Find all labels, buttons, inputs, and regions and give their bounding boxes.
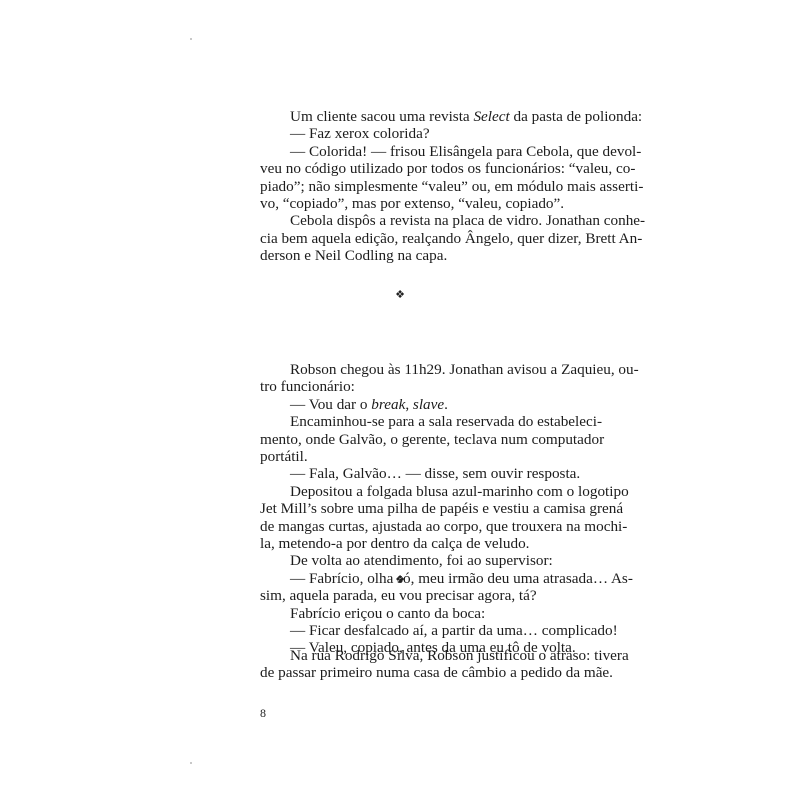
crop-mark (190, 38, 192, 40)
book-page: Um cliente sacou uma revista Select da p… (0, 0, 800, 800)
text-line: portátil. (260, 448, 600, 466)
text-line: Na rua Rodrigo Silva, Robson justificou … (290, 647, 600, 665)
text-line: tro funcionário: (260, 378, 600, 396)
text-line: de passar primeiro numa casa de câmbio a… (260, 664, 600, 682)
text-line: piado”; não simplesmente “valeu” ou, em … (260, 178, 600, 196)
text-line: mento, onde Galvão, o gerente, teclava n… (260, 431, 600, 449)
section-ornament-icon: ❖ (0, 573, 800, 586)
text-line: la, metendo-a por dentro da calça de vel… (260, 535, 600, 553)
text-line: sim, aquela parada, eu vou precisar agor… (260, 587, 600, 605)
text-line: Cebola dispôs a revista na placa de vidr… (290, 212, 600, 230)
crop-mark (190, 762, 192, 764)
text-line: — Faz xerox colorida? (290, 125, 600, 143)
text-line: — Vou dar o break, slave. (290, 396, 600, 414)
text-line: Robson chegou às 11h29. Jonathan avisou … (290, 361, 600, 379)
text-line: Jet Mill’s sobre uma pilha de papéis e v… (260, 500, 600, 518)
text-line: veu no código utilizado por todos os fun… (260, 160, 600, 178)
text-line: Fabrício eriçou o canto da boca: (290, 605, 600, 623)
text-line: Um cliente sacou uma revista Select da p… (290, 108, 600, 126)
text-line: vo, “copiado”, mas por extenso, “valeu, … (260, 195, 600, 213)
text-line: derson e Neil Codling na capa. (260, 247, 600, 265)
page-number: 8 (260, 706, 266, 721)
text-line: — Ficar desfalcado aí, a partir da uma… … (290, 622, 600, 640)
text-line: — Colorida! — frisou Elisângela para Ceb… (290, 143, 600, 161)
text-line: cia bem aquela edição, realçando Ângelo,… (260, 230, 600, 248)
section-ornament-icon: ❖ (0, 288, 800, 301)
text-line: De volta ao atendimento, foi ao supervis… (290, 552, 600, 570)
text-line: Depositou a folgada blusa azul-marinho c… (290, 483, 600, 501)
text-line: Encaminhou-se para a sala reservada do e… (290, 413, 600, 431)
text-line: — Fala, Galvão… — disse, sem ouvir respo… (290, 465, 600, 483)
text-line: de mangas curtas, ajustada ao corpo, que… (260, 518, 600, 536)
